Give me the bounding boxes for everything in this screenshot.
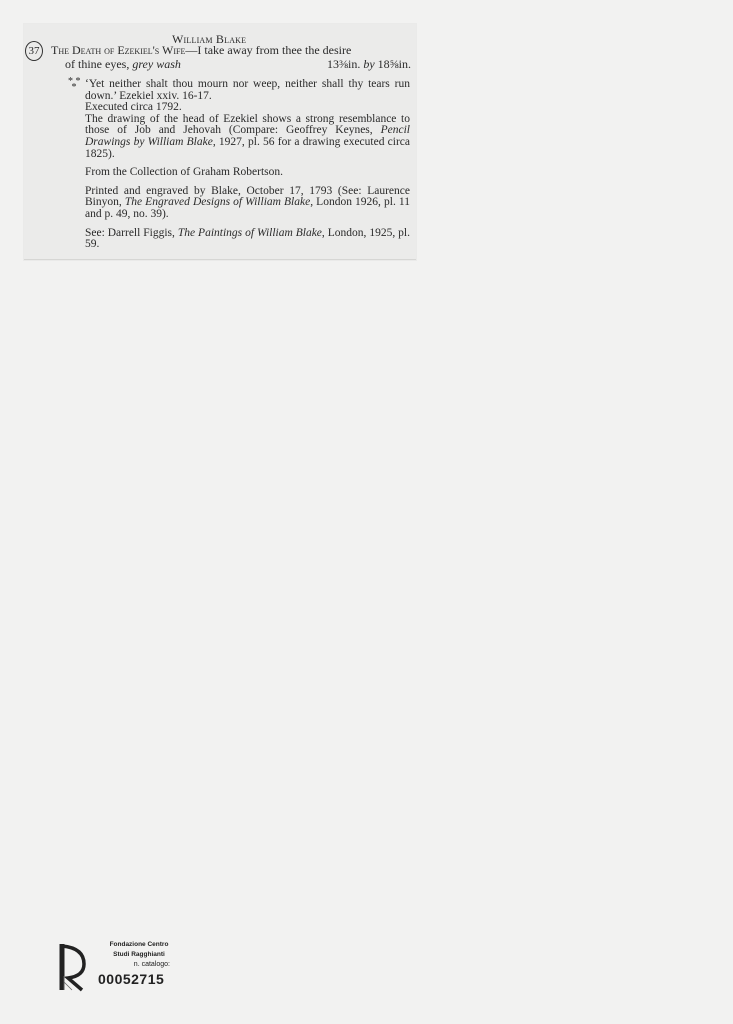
entry-title-continuation: of thine eyes, grey wash 13⅜in. by 18⅝in…	[65, 58, 411, 71]
title-smallcaps: The Death of Ezekiel's Wife	[51, 43, 185, 57]
note: The drawing of the head of Ezekiel shows…	[85, 114, 410, 160]
printed-note: Printed and engraved by Blake, October 1…	[85, 186, 410, 221]
quote: ‘Yet neither shalt thou mourn nor weep, …	[85, 79, 410, 102]
title-rest: —I take away from thee the desire	[185, 43, 351, 57]
foundation-logo-icon	[58, 940, 88, 992]
entry-body: * ** ‘Yet neither shalt thou mourn nor w…	[85, 79, 410, 258]
asterisk-marker-icon: * **	[68, 79, 80, 91]
entry-title: The Death of Ezekiel's Wife—I take away …	[51, 44, 411, 57]
catalog-clipping: William Blake 37 The Death of Ezekiel's …	[24, 24, 416, 260]
stamp-catalog-label: n. catalogo:	[98, 960, 180, 970]
dimensions: 13⅜in. by 18⅝in.	[327, 58, 411, 71]
stamp-institute: Studi Ragghianti	[98, 950, 180, 960]
stamp-catalog-number: 00052715	[98, 970, 180, 988]
stamp-text: Fondazione Centro Studi Ragghianti n. ca…	[98, 940, 180, 988]
provenance: From the Collection of Graham Robertson.	[85, 167, 410, 179]
title-cont: of thine eyes,	[65, 57, 129, 71]
stamp-foundation: Fondazione Centro	[98, 940, 180, 950]
archive-stamp: Fondazione Centro Studi Ragghianti n. ca…	[58, 938, 183, 996]
see-also: See: Darrell Figgis, The Paintings of Wi…	[85, 228, 410, 251]
medium: grey wash	[132, 57, 181, 71]
catalog-number-circle: 37	[25, 41, 43, 61]
